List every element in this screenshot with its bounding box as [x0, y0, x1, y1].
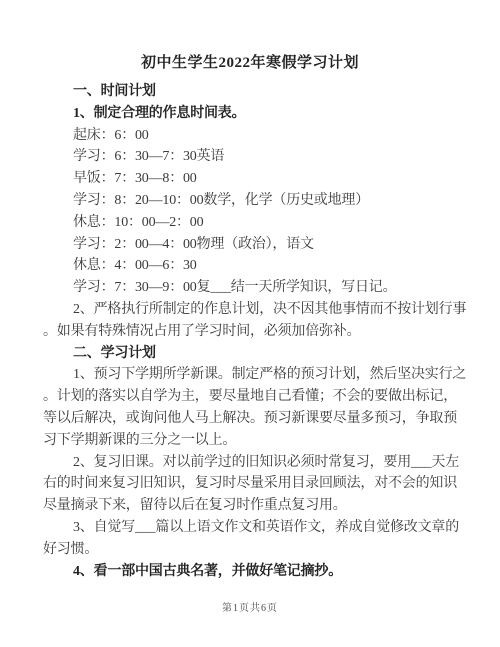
page-footer: 第1页共6页 [0, 601, 500, 617]
text-line: 学习：2：00—4：00物理（政治），语文 [43, 234, 457, 256]
text-line: 2、严格执行所制定的作息计划，决不因其他事情而不按计划行事 [43, 299, 457, 321]
text-line: 尽量摘录下来，留待以后在复习时作重点复习用。 [43, 495, 457, 517]
document-body: 一、时间计划1、制定合理的作息时间表。起床：6：00学习：6：30—7：30英语… [43, 81, 457, 582]
page-title: 初中生学生2022年寒假学习计划 [0, 53, 500, 73]
text-line: 好习惯。 [43, 539, 457, 561]
text-line: 一、时间计划 [43, 81, 457, 103]
text-line: 。如果有特殊情况占用了学习时间，必须加倍弥补。 [43, 321, 457, 343]
document-page: 初中生学生2022年寒假学习计划 一、时间计划1、制定合理的作息时间表。起床：6… [0, 0, 500, 647]
text-line: 4、看一部中国古典名著，并做好笔记摘抄。 [43, 561, 457, 583]
text-line: 二、学习计划 [43, 343, 457, 365]
text-line: 1、制定合理的作息时间表。 [43, 103, 457, 125]
text-line: 休息：4：00—6：30 [43, 255, 457, 277]
text-line: 习下学期新课的三分之一以上。 [43, 430, 457, 452]
text-line: 早饭：7：30—8：00 [43, 168, 457, 190]
text-line: 学习：6：30—7：30英语 [43, 146, 457, 168]
text-line: 右的时间来复习旧知识，复习时尽量采用目录回顾法，对不会的知识 [43, 473, 457, 495]
text-line: 等以后解决，或询问他人马上解决。预习新课要尽量多预习，争取预 [43, 408, 457, 430]
text-line: 2、复习旧课。对以前学过的旧知识必须时常复习，要用___天左 [43, 452, 457, 474]
text-line: 学习：7：30—9：00复___结一天所学知识，写日记。 [43, 277, 457, 299]
text-line: 。计划的落实以自学为主，要尽量地自己看懂；不会的要做出标记， [43, 386, 457, 408]
text-line: 起床：6：00 [43, 125, 457, 147]
text-line: 学习：8：20—10：00数学，化学（历史或地理） [43, 190, 457, 212]
text-line: 休息：10：00—2：00 [43, 212, 457, 234]
text-line: 1、预习下学期所学新课。制定严格的预习计划，然后坚决实行之 [43, 364, 457, 386]
text-line: 3、自觉写___篇以上语文作文和英语作文，养成自觉修改文章的 [43, 517, 457, 539]
